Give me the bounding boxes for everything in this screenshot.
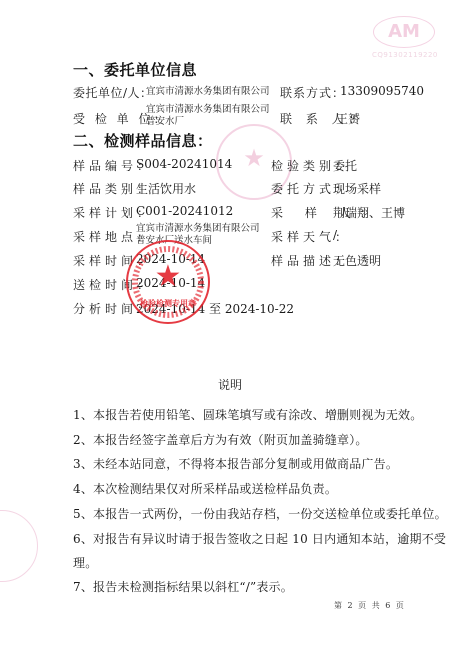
person-value: 王赟	[336, 110, 360, 127]
note-item: 4、本次检测结果仅对所采样品或送检样品负责。	[73, 480, 337, 497]
section2-title: 二、检测样品信息：	[73, 130, 213, 151]
sampling-location-line1: 宜宾市清源水务集团有限公司	[136, 223, 260, 234]
sample-no-value: S004-20241014	[136, 157, 232, 171]
note-item: 理。	[73, 554, 97, 571]
am-logo-number: CQ91302119220	[372, 51, 438, 59]
note-item: 7、报告未检测指标结果以斜杠“/”表示。	[73, 578, 293, 595]
sampler-value: 荆瑞翔、王博	[333, 204, 405, 221]
section1-title: 一、委托单位信息	[73, 59, 197, 80]
sampling-weather-label: 采样天气：	[271, 228, 351, 245]
contact-value: 13309095740	[340, 84, 424, 98]
note-item: 1、本报告若使用铅笔、圆珠笔填写或有涂改、增删则视为无效。	[73, 406, 422, 423]
client-value: 宜宾市清源水务集团有限公司	[146, 86, 270, 97]
am-logo: AM	[373, 16, 435, 48]
sample-category-value: 生活饮用水	[136, 180, 196, 197]
page-number: 第 2 页 共 6 页	[334, 600, 405, 611]
sampling-weather-value: /	[333, 228, 337, 242]
inspected-value-line2: 普安水厂	[146, 116, 184, 127]
contact-label: 联系方式：	[280, 84, 345, 101]
note-item: 6、对报告有异议时请于报告签收之日起 10 日内通知本站，逾期不受	[73, 530, 446, 547]
star-icon: ★	[128, 262, 208, 292]
official-seal: ★ 检验检测专用章	[126, 240, 210, 324]
sample-description-value: 无色透明	[333, 252, 381, 269]
inspected-value-line1: 宜宾市清源水务集团有限公司	[146, 104, 270, 115]
seal-bottom-text: 检验检测专用章	[128, 298, 208, 309]
note-item: 5、本报告一式两份，一份由我站存档，一份交送检单位或委托单位。	[73, 505, 447, 522]
note-item: 2、本报告经签字盖章后方为有效（附页加盖骑缝章）。	[73, 431, 368, 448]
sampling-plan-value: C001-20241012	[136, 204, 233, 218]
notes-title: 说明	[218, 376, 242, 393]
client-label: 委托单位/人：	[73, 84, 153, 101]
note-item: 3、未经本站同意，不得将本报告部分复制或用做商品广告。	[73, 455, 398, 472]
inspection-type-value: 委托	[333, 157, 357, 174]
commission-method-value: 现场采样	[333, 180, 381, 197]
left-edge-seal	[0, 510, 38, 582]
